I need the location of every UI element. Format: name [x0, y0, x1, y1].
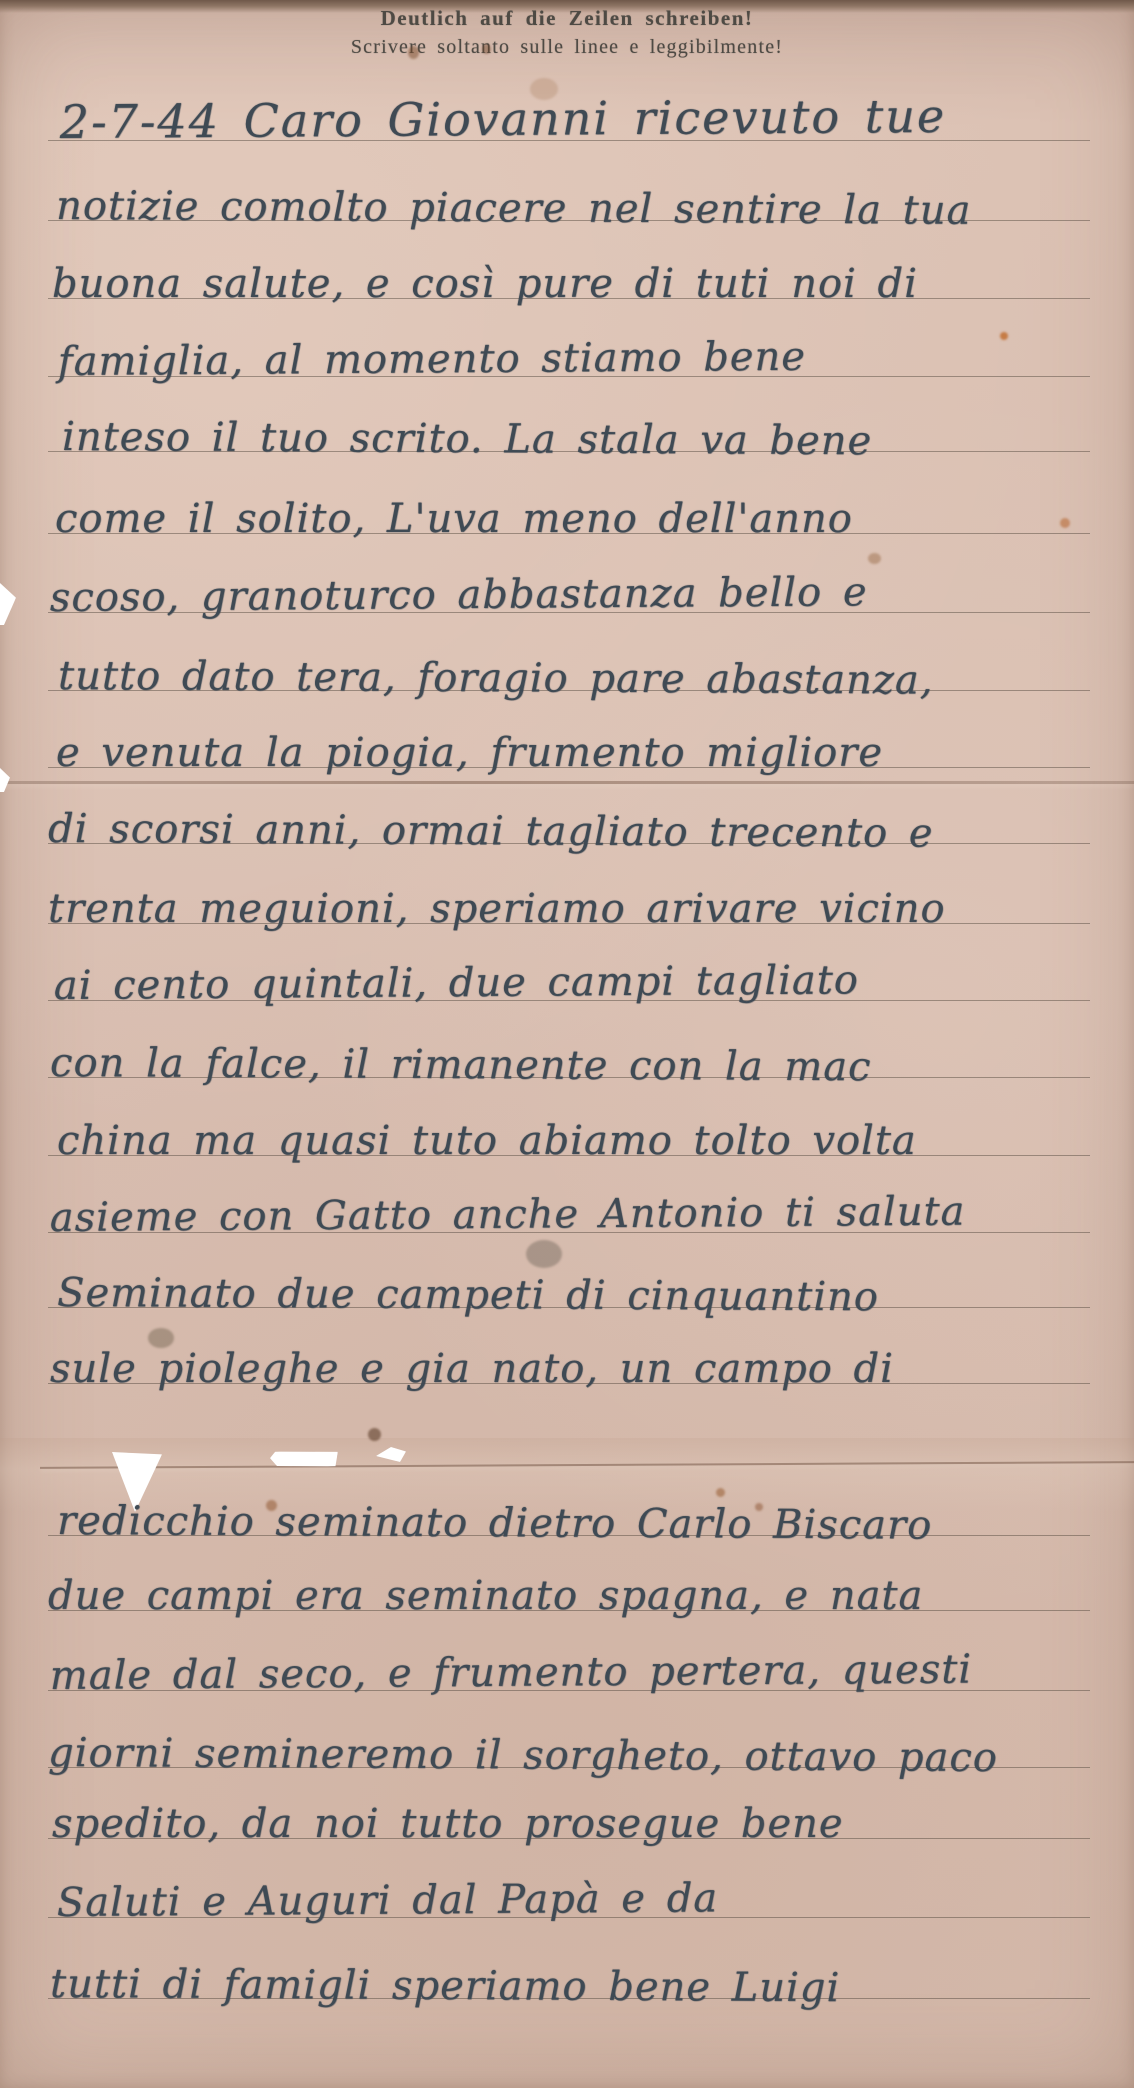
ruled-line: trenta meguioni, speriamo arivare vicino — [48, 923, 1090, 924]
stain — [526, 1240, 562, 1268]
paper-tear — [0, 768, 10, 792]
stain — [266, 1500, 277, 1511]
ruled-line: buona salute, e così pure di tuti noi di — [48, 298, 1090, 299]
stain — [408, 46, 419, 59]
stain — [368, 1428, 381, 1441]
ruled-line: tutto dato tera, foragio pare abastanza, — [48, 690, 1090, 691]
stain — [1060, 518, 1070, 528]
ruled-line: ai cento quintali, due campi tagliato — [48, 1000, 1090, 1001]
ruled-line: di scorsi anni, ormai tagliato trecento … — [48, 843, 1090, 844]
handwritten-text: Seminato due campeti di cinquantino — [57, 1270, 879, 1320]
ruled-line: con la falce, il rimanente con la mac — [48, 1077, 1090, 1078]
handwritten-text: male dal seco, e frumento pertera, quest… — [50, 1647, 973, 1699]
ruled-line: tutti di famigli speriamo bene Luigi — [48, 1998, 1090, 1999]
ruled-line: inteso il tuo scrito. La stala va bene — [48, 451, 1090, 452]
handwritten-text: di scorsi anni, ormai tagliato trecento … — [48, 806, 934, 857]
stain — [530, 78, 558, 100]
header-instruction-german: Deutlich auf die Zeilen schreiben! — [0, 6, 1134, 31]
printed-header: Deutlich auf die Zeilen schreiben! Scriv… — [0, 6, 1134, 59]
ruled-line: spedito, da noi tutto prosegue bene — [48, 1838, 1090, 1839]
handwritten-text: e venuta la piogia, frumento migliore — [56, 730, 883, 776]
ruled-line: Seminato due campeti di cinquantino — [48, 1307, 1090, 1308]
ruled-line: due campi era seminato spagna, e nata — [48, 1610, 1090, 1611]
handwritten-text: tutti di famigli speriamo bene Luigi — [50, 1961, 840, 2011]
handwritten-text: china ma quasi tuto abiamo tolto volta — [57, 1118, 917, 1164]
handwritten-text: redicchio seminato dietro Carlo Biscaro — [57, 1498, 932, 1549]
handwritten-text: famiglia, al momento stiamo bene — [58, 334, 806, 385]
handwritten-text: giorni semineremo il sorgheto, ottavo pa… — [48, 1730, 998, 1781]
handwritten-text: 2-7-44 Caro Giovanni ricevuto tue — [60, 89, 947, 149]
ruled-line: scoso, granoturco abbastanza bello e — [48, 612, 1090, 613]
handwritten-text: buona salute, e così pure di tuti noi di — [52, 261, 918, 307]
stain — [755, 1503, 763, 1511]
ruled-line: famiglia, al momento stiamo bene — [48, 376, 1090, 377]
header-instruction-italian: Scrivere soltanto sulle linee e leggibil… — [0, 36, 1134, 59]
ruled-line: sule pioleghe e gia nato, un campo di — [48, 1383, 1090, 1384]
ruled-line: giorni semineremo il sorgheto, ottavo pa… — [48, 1767, 1090, 1768]
ruled-line: 2-7-44 Caro Giovanni ricevuto tue — [48, 140, 1090, 141]
stain — [716, 1488, 725, 1497]
handwritten-text: trenta meguioni, speriamo arivare vicino — [48, 886, 946, 932]
handwritten-text: due campi era seminato spagna, e nata — [48, 1573, 923, 1619]
stain — [148, 1328, 174, 1348]
ruled-line: redicchio seminato dietro Carlo Biscaro — [48, 1535, 1090, 1536]
ruled-line: male dal seco, e frumento pertera, quest… — [48, 1690, 1090, 1691]
ruled-line: e venuta la piogia, frumento migliore — [48, 767, 1090, 768]
ruled-line: asieme con Gatto anche Antonio ti saluta — [48, 1232, 1090, 1233]
stain — [482, 44, 491, 54]
handwritten-text: tutto dato tera, foragio pare abastanza, — [58, 653, 934, 704]
handwritten-text: come il solito, L'uva meno dell'anno — [55, 496, 853, 542]
stain — [868, 553, 881, 564]
paper-tear — [0, 583, 16, 625]
ruled-line: china ma quasi tuto abiamo tolto volta — [48, 1155, 1090, 1156]
handwritten-text: inteso il tuo scrito. La stala va bene — [62, 414, 872, 464]
ruled-line: come il solito, L'uva meno dell'anno — [48, 533, 1090, 534]
handwritten-text: ai cento quintali, due campi tagliato — [54, 957, 859, 1009]
handwritten-text: notizie comolto piacere nel sentire la t… — [56, 183, 972, 234]
ruled-line: notizie comolto piacere nel sentire la t… — [48, 220, 1090, 221]
handwritten-text: asieme con Gatto anche Antonio ti saluta — [50, 1189, 966, 1241]
handwritten-text: spedito, da noi tutto prosegue bene — [52, 1801, 844, 1847]
handwritten-text: sule pioleghe e gia nato, un campo di — [50, 1346, 894, 1392]
handwritten-text: Saluti e Auguri dal Papà e da — [57, 1875, 719, 1926]
ruled-line: Saluti e Auguri dal Papà e da — [48, 1917, 1090, 1918]
fold-crease-upper — [0, 781, 1134, 784]
handwritten-text: con la falce, il rimanente con la mac — [50, 1040, 872, 1090]
letter-page: Deutlich auf die Zeilen schreiben! Scriv… — [0, 0, 1134, 2088]
paper-tear — [270, 1450, 338, 1467]
stain — [1000, 332, 1008, 340]
handwritten-text: scoso, granoturco abbastanza bello e — [50, 569, 868, 621]
